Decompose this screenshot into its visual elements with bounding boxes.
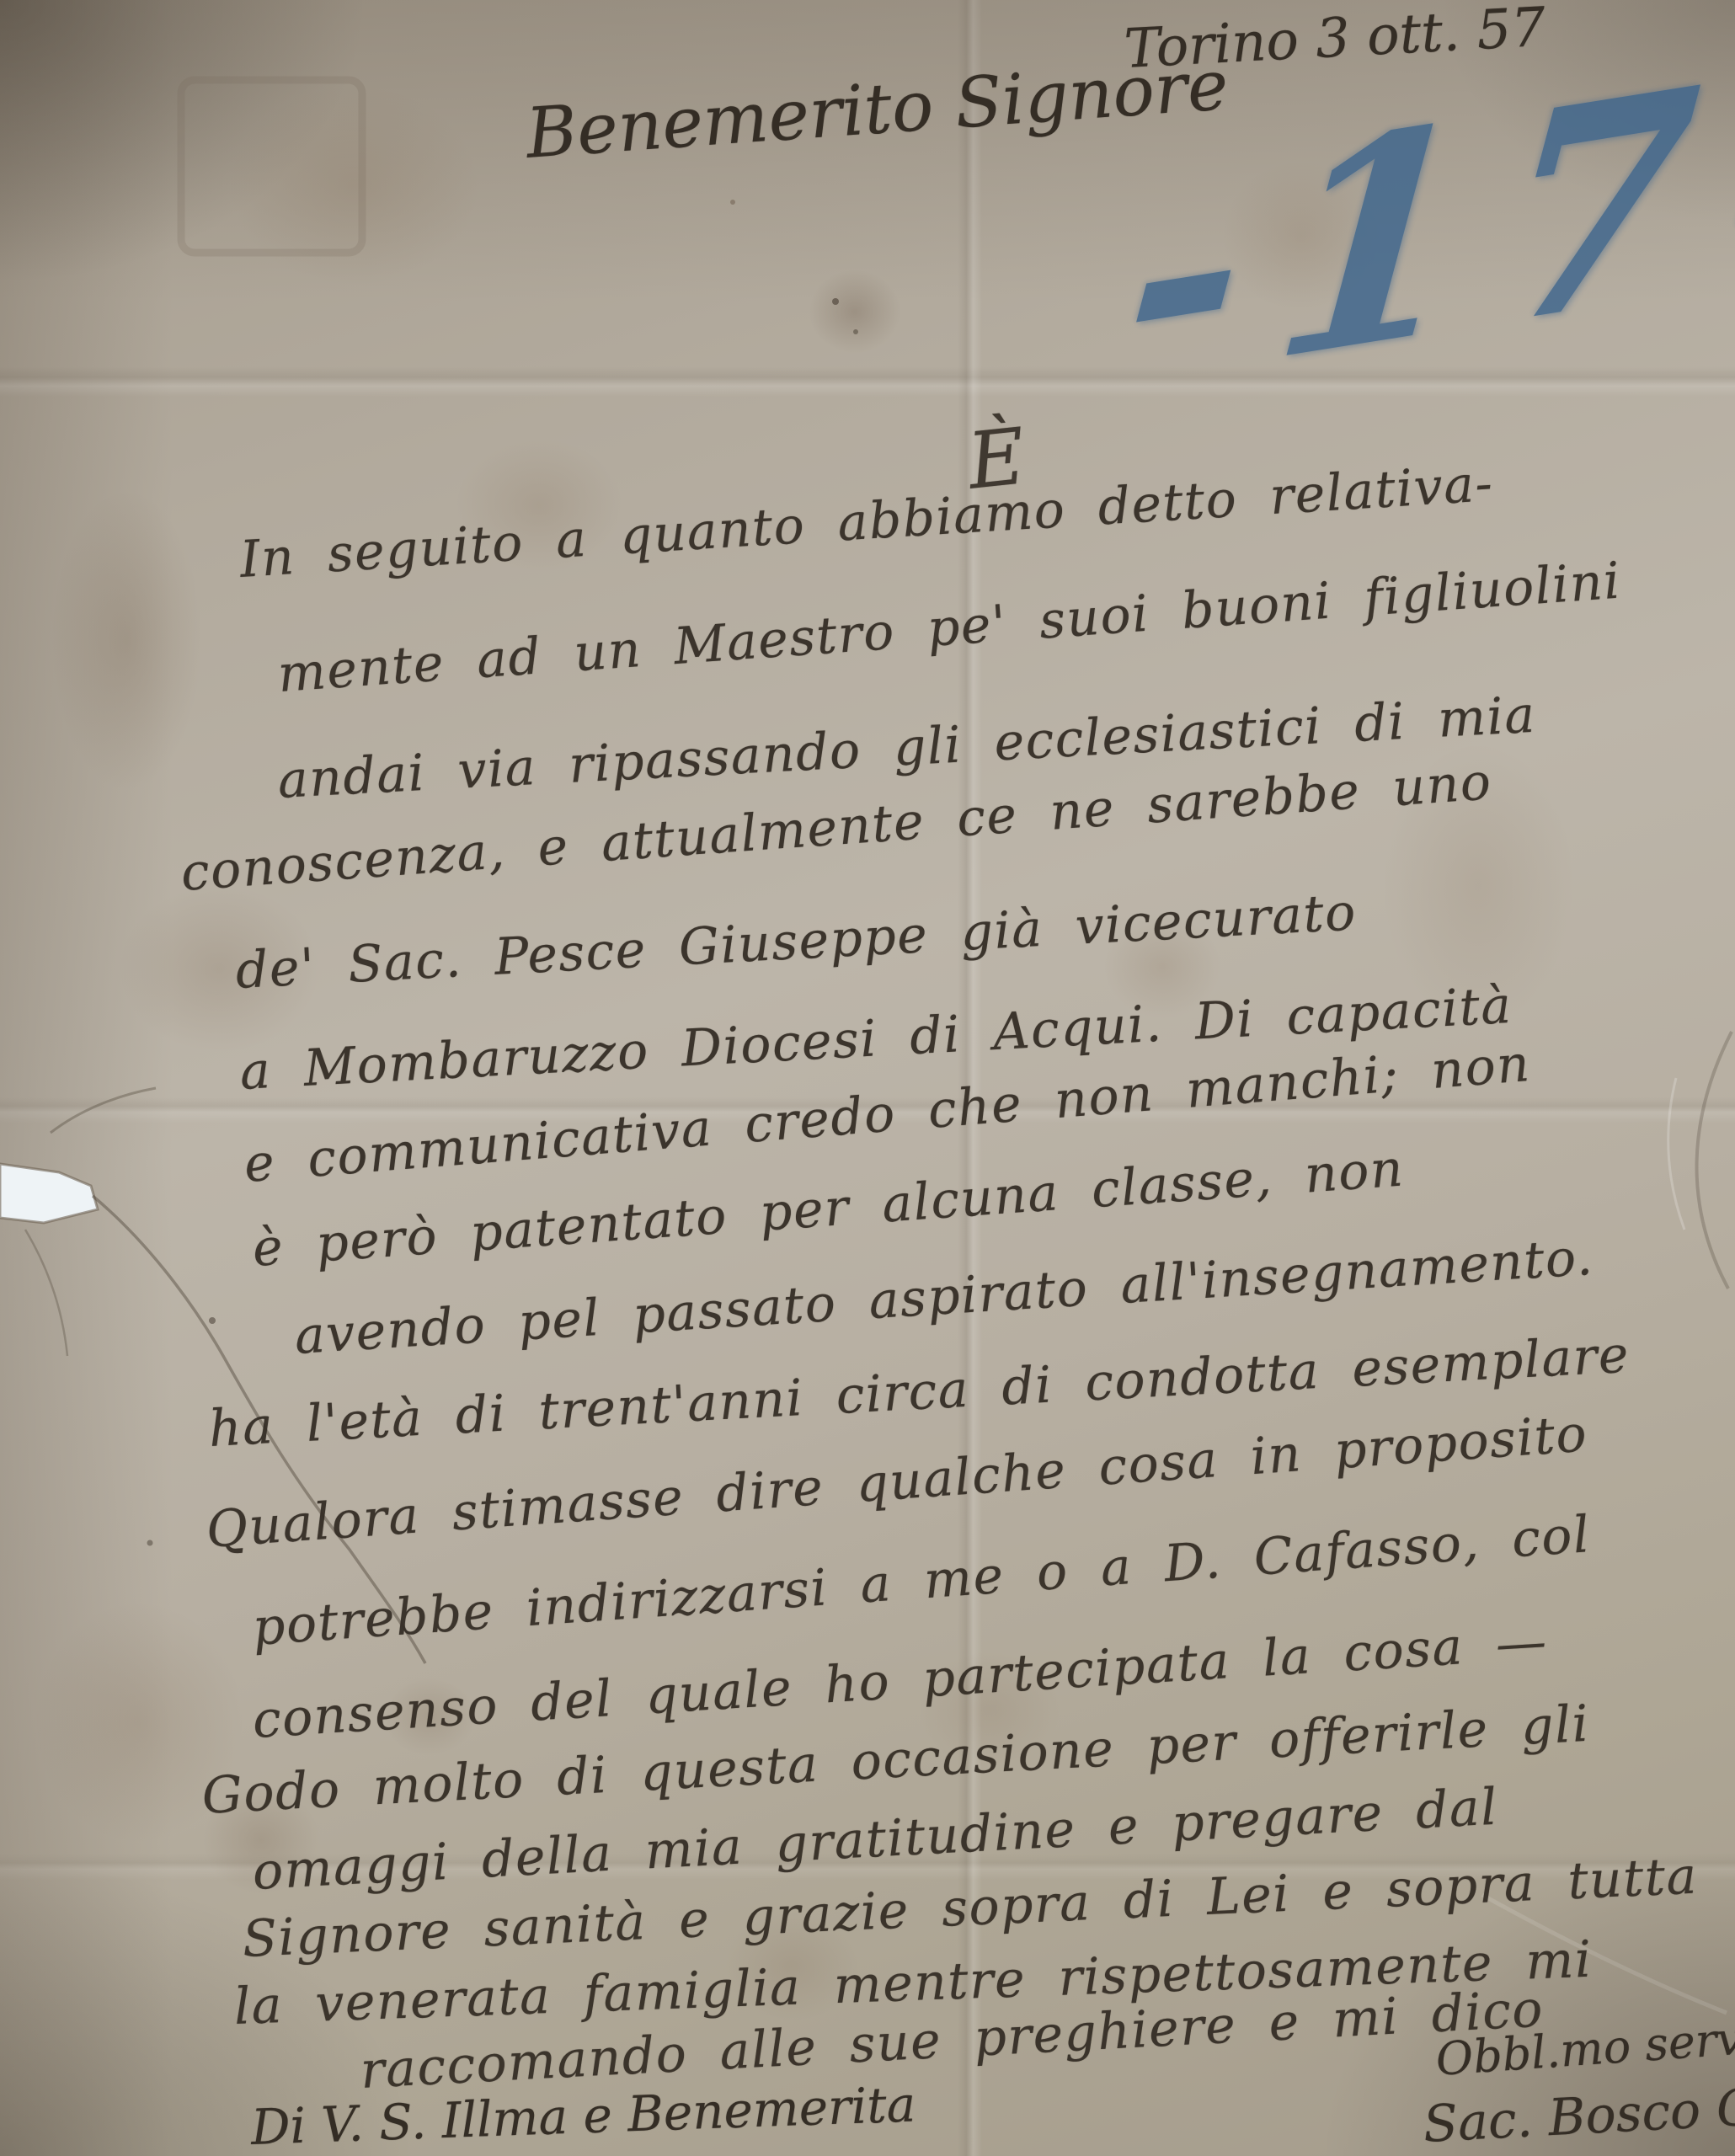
paper-stain — [809, 269, 901, 354]
signature: Sac. Bosco G. — — [1422, 2073, 1735, 2154]
ink-speck — [832, 298, 839, 305]
paper-crease — [1668, 1078, 1684, 1230]
paper-tear — [0, 1164, 98, 1223]
paper-stain — [51, 488, 202, 792]
closing-address: Di V. S. Illma e Benemerita — [250, 2075, 916, 2156]
ink-speck — [730, 200, 735, 205]
paper-stain — [227, 84, 480, 286]
ink-speck — [853, 329, 858, 334]
letter-photograph: Torino 3 ott. 57 Benemerito Signore -17-… — [0, 0, 1735, 2156]
paper-crack — [51, 1088, 156, 1133]
ink-speck — [147, 1540, 153, 1546]
letter-line: In seguito a quanto abbiamo detto relati… — [238, 454, 1495, 590]
letter-line: de' Sac. Pesce Giuseppe già vicecurato — [234, 883, 1358, 1001]
ink-speck — [209, 1317, 216, 1324]
letter-salutation: Benemerito Signore — [524, 45, 1231, 174]
paper-crack — [25, 1230, 67, 1356]
paper-crease — [1697, 1032, 1732, 1289]
embossed-stamp — [181, 80, 362, 253]
